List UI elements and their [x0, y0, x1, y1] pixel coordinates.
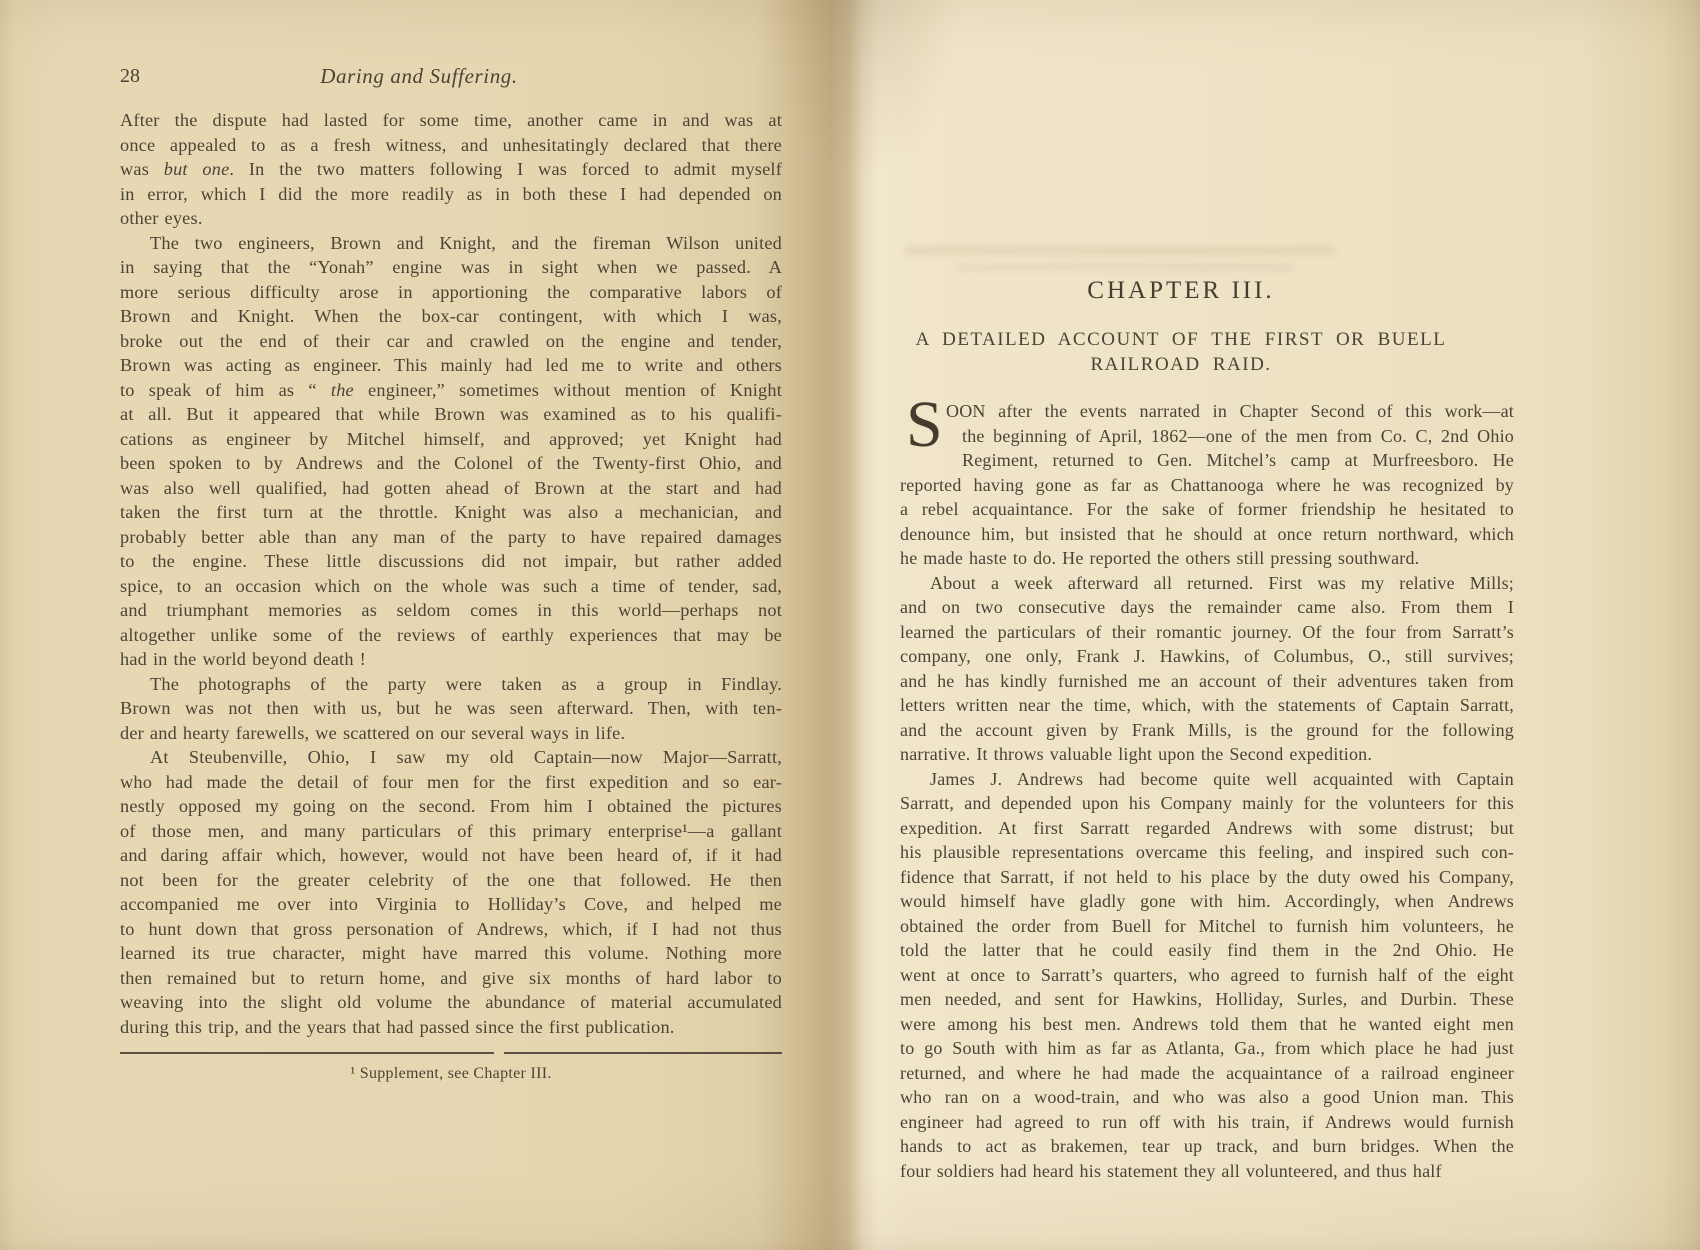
open-book-photo: 28 Daring and Suffering. After the dispu… [0, 0, 1700, 1250]
text-line: and the account given by Frank Mills, is… [900, 718, 1514, 743]
text-line: taken the first turn at the throttle. Kn… [120, 500, 782, 525]
text-line: After the dispute had lasted for some ti… [120, 108, 782, 133]
text-line: told the latter that he could easily fin… [900, 938, 1514, 963]
text-line: hands to act as brakemen, tear up track,… [900, 1134, 1514, 1159]
text-line: once appealed to as a fresh witness, and… [120, 133, 782, 158]
paragraph: The two engineers, Brown and Knight, and… [120, 231, 782, 672]
text-line: and he has kindly furnished me an accoun… [900, 669, 1514, 694]
paragraph: After the dispute had lasted for some ti… [120, 108, 782, 231]
text-line: OON after the events narrated in Chapter… [900, 399, 1514, 424]
text-line: would himself have gladly gone with him.… [900, 889, 1514, 914]
text-line: not been for the greater celebrity of th… [120, 868, 782, 893]
text-line: during this trip, and the years that had… [120, 1015, 782, 1040]
right-page: CHAPTER III. A DETAILED ACCOUNT OF THE F… [900, 276, 1514, 1183]
text-line: of those men, and many particulars of th… [120, 819, 782, 844]
gutter-shadow [760, 0, 960, 180]
right-page-body: OON after the events narrated in Chapter… [900, 399, 1514, 1183]
text-line: to hunt down that gross personation of A… [120, 917, 782, 942]
text-line: went at once to Sarratt’s quarters, who … [900, 963, 1514, 988]
text-line: to the engine. These little discussions … [120, 549, 782, 574]
paragraph: James J. Andrews had become quite well a… [900, 767, 1514, 1184]
text-line: the beginning of April, 1862—one of the … [900, 424, 1514, 449]
text-line: and daring affair which, however, would … [120, 843, 782, 868]
page-number: 28 [120, 60, 140, 92]
right-page-body-wrap: S OON after the events narrated in Chapt… [900, 399, 1514, 1183]
text-line: learned the particulars of their romanti… [900, 620, 1514, 645]
chapter-subtitle-line: A DETAILED ACCOUNT OF THE FIRST OR BUELL [874, 328, 1488, 353]
text-line: nestly opposed my going on the second. F… [120, 794, 782, 819]
text-line: The photographs of the party were taken … [120, 672, 782, 697]
text-line: men needed, and sent for Hawkins, Hollid… [900, 987, 1514, 1012]
text-line: in saying that the “Yonah” engine was in… [120, 255, 782, 280]
text-line: reported having gone as far as Chattanoo… [900, 473, 1514, 498]
text-line: weaving into the slight old volume the a… [120, 990, 782, 1015]
text-line: Brown was acting as engineer. This mainl… [120, 353, 782, 378]
chapter-subtitle: A DETAILED ACCOUNT OF THE FIRST OR BUELL… [874, 328, 1488, 377]
left-page: 28 Daring and Suffering. After the dispu… [120, 60, 782, 1083]
text-line: letters written near the time, which, wi… [900, 693, 1514, 718]
text-line: was but one. In the two matters followin… [120, 157, 782, 182]
text-line: in error, which I did the more readily a… [120, 182, 782, 207]
running-header: Daring and Suffering. [88, 60, 750, 92]
text-line: spice, to an occasion which on the whole… [120, 574, 782, 599]
text-line: At Steubenville, Ohio, I saw my old Capt… [120, 745, 782, 770]
text-line: expedition. At first Sarratt regarded An… [900, 816, 1514, 841]
text-line: who ran on a wood-train, and who was als… [900, 1085, 1514, 1110]
text-line: Regiment, returned to Gen. Mitchel’s cam… [900, 448, 1514, 473]
show-through-ghosting [955, 263, 1295, 271]
text-line: and on two consecutive days the remainde… [900, 595, 1514, 620]
paragraph: OON after the events narrated in Chapter… [900, 399, 1514, 571]
paragraph: The photographs of the party were taken … [120, 672, 782, 746]
text-line: his plausible representations overcame t… [900, 840, 1514, 865]
text-line: broke out the end of their car and crawl… [120, 329, 782, 354]
left-page-body: After the dispute had lasted for some ti… [120, 108, 782, 1039]
drop-cap-initial: S [906, 400, 943, 450]
text-line: narrative. It throws valuable light upon… [900, 742, 1514, 767]
chapter-heading: CHAPTER III. [874, 276, 1488, 306]
text-line: altogether unlike some of the reviews of… [120, 623, 782, 648]
text-line: James J. Andrews had become quite well a… [900, 767, 1514, 792]
paragraph: About a week afterward all returned. Fir… [900, 571, 1514, 767]
text-line: four soldiers had heard his statement th… [900, 1159, 1514, 1184]
text-line: cations as engineer by Mitchel himself, … [120, 427, 782, 452]
text-line: company, one only, Frank J. Hawkins, of … [900, 644, 1514, 669]
text-line: learned its true character, might have m… [120, 941, 782, 966]
text-line: and triumphant memories as seldom comes … [120, 598, 782, 623]
text-line: he made haste to do. He reported the oth… [900, 546, 1514, 571]
text-line: then remained but to return home, and gi… [120, 966, 782, 991]
text-line: About a week afterward all returned. Fir… [900, 571, 1514, 596]
text-line: accompanied me over into Virginia to Hol… [120, 892, 782, 917]
text-line: Brown and Knight. When the box-car conti… [120, 304, 782, 329]
page-header: 28 Daring and Suffering. [120, 60, 782, 92]
text-line: other eyes. [120, 206, 782, 231]
text-line: fidence that Sarratt, if not held to his… [900, 865, 1514, 890]
text-line: obtained the order from Buell for Mitche… [900, 914, 1514, 939]
text-line: had in the world beyond death ! [120, 647, 782, 672]
footnote-rule [120, 1052, 782, 1054]
text-line: der and hearty farewells, we scattered o… [120, 721, 782, 746]
text-line: to speak of him as “ the engineer,” some… [120, 378, 782, 403]
text-line: a rebel acquaintance. For the sake of fo… [900, 497, 1514, 522]
text-line: been spoken to by Andrews and the Colone… [120, 451, 782, 476]
text-line: more serious difficulty arose in apporti… [120, 280, 782, 305]
text-line: to go South with him as far as Atlanta, … [900, 1036, 1514, 1061]
text-line: returned, and where he had made the acqu… [900, 1061, 1514, 1086]
text-line: denounce him, but insisted that he shoul… [900, 522, 1514, 547]
text-line: engineer had agreed to run off with his … [900, 1110, 1514, 1135]
text-line: were among his best men. Andrews told th… [900, 1012, 1514, 1037]
text-line: who had made the detail of four men for … [120, 770, 782, 795]
paragraph: At Steubenville, Ohio, I saw my old Capt… [120, 745, 782, 1039]
text-line: The two engineers, Brown and Knight, and… [120, 231, 782, 256]
text-line: probably better able than any man of the… [120, 525, 782, 550]
footnote: ¹ Supplement, see Chapter III. [120, 1065, 782, 1083]
text-line: Brown was not then with us, but he was s… [120, 696, 782, 721]
chapter-subtitle-line: RAILROAD RAID. [874, 353, 1488, 378]
text-line: was also well qualified, had gotten ahea… [120, 476, 782, 501]
text-line: Sarratt, and depended upon his Company m… [900, 791, 1514, 816]
text-line: at all. But it appeared that while Brown… [120, 402, 782, 427]
show-through-ghosting [905, 246, 1335, 255]
